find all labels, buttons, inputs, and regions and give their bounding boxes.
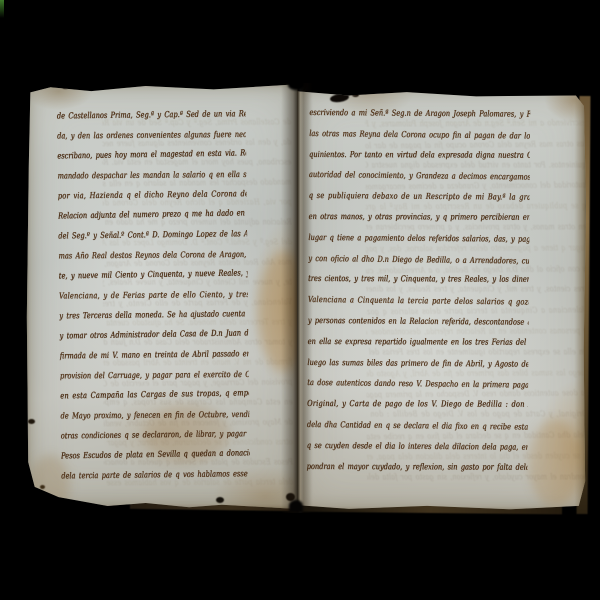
edge-speck [220, 83, 229, 87]
manuscript-line: dela dha Cantidad en q se declara el dia… [307, 414, 528, 437]
book-gutter-shadow [281, 83, 313, 513]
manuscript-line: de Mayo proximo, y fenecen en fin de Oct… [60, 404, 249, 426]
manuscript-line: escriviendo a mi Señ.ª Seg.n de Aragon J… [309, 102, 530, 125]
manuscript-line: Valenciana a Cinquenta la tercia parte d… [308, 289, 529, 312]
manuscript-line: tres cientos, y tres mil, y Cinquenta, y… [308, 268, 529, 290]
manuscript-line: Original, y Carta de pago de los V. Dieg… [307, 393, 528, 415]
manuscript-line: escribano, pues hoy mora el magestad en … [57, 142, 246, 165]
manuscript-line: en ella se expresa repartido igualmente … [308, 331, 529, 353]
manuscript-line: q se cuyden desde el dia lo interes dela… [307, 435, 528, 458]
manuscript-line: autoridad del conocimiento, y Grandeza a… [309, 164, 530, 187]
gutter-notch-bottom [289, 500, 303, 512]
right-page: escriviendo a mi Señ.ª Seg.n de Aragon J… [297, 87, 586, 511]
manuscript-line: luego las sumas biles das primero de fin… [307, 351, 528, 374]
manuscript-line: Valenciana, y de Ferias parte de ello Ci… [59, 284, 248, 306]
right-page-text: escriviendo a mi Señ.ª Seg.n de Aragon J… [307, 102, 586, 478]
manuscript-line: en esta Campaña las Cargas de sus tropas… [60, 382, 249, 405]
manuscript-line: quinientos. Por tanto en virtud dela exp… [309, 144, 530, 166]
manuscript-line: te, y nueve mil Ciento y Cinquenta, y nu… [59, 262, 248, 285]
manuscript-line: en otras manos, y otras provincias, y q … [309, 206, 530, 228]
manuscript-line: del Seg.º y Señal.º Cont.ª D. Domingo Lo… [58, 223, 247, 245]
ink-blot [352, 93, 359, 97]
left-page: de Castellanos Prima, Seg.ª y Cap.ª Sed … [26, 83, 298, 509]
manuscript-line: y personas contenidos en la Relacion ref… [308, 310, 529, 333]
manuscript-line: de Castellanos Prima, Seg.ª y Cap.ª Sed … [57, 103, 246, 125]
photo-canvas: de Castellanos Prima, Seg.ª y Cap.ª Sed … [0, 0, 600, 600]
manuscript-line: las otras mas Reyna dela Corona ocupo fi… [309, 123, 530, 146]
gutter-notch-top [288, 80, 304, 90]
edge-speck [62, 85, 69, 89]
manuscript-line: Relacion adjunta del numero prezo q me h… [58, 202, 247, 225]
manuscript-line: firmada de mi V. mano en treinta de Abri… [60, 343, 249, 365]
manuscript-line: Pesos Escudos de plata en Sevilla q qued… [61, 442, 250, 465]
manuscript-line: lugar q tiene a pagamiento delos referid… [308, 227, 529, 250]
manuscript-line: pondran el mayor cuydado, y reflexion, s… [307, 455, 528, 477]
left-page-text: de Castellanos Prima, Seg.ª y Cap.ª Sed … [57, 103, 298, 486]
edge-speck [216, 497, 224, 503]
manuscript-line: q se publiquiera debaxo de un Rescripto … [309, 185, 530, 208]
corner-artifact [0, 0, 4, 18]
manuscript-line: y tomar otros Administrador dela Casa de… [59, 322, 248, 345]
manuscript-line: dela tercia parte de salarios de q vos h… [61, 463, 250, 485]
edge-speck [28, 419, 35, 424]
manuscript-line: mandado despachar les mandan la salario … [57, 164, 246, 186]
